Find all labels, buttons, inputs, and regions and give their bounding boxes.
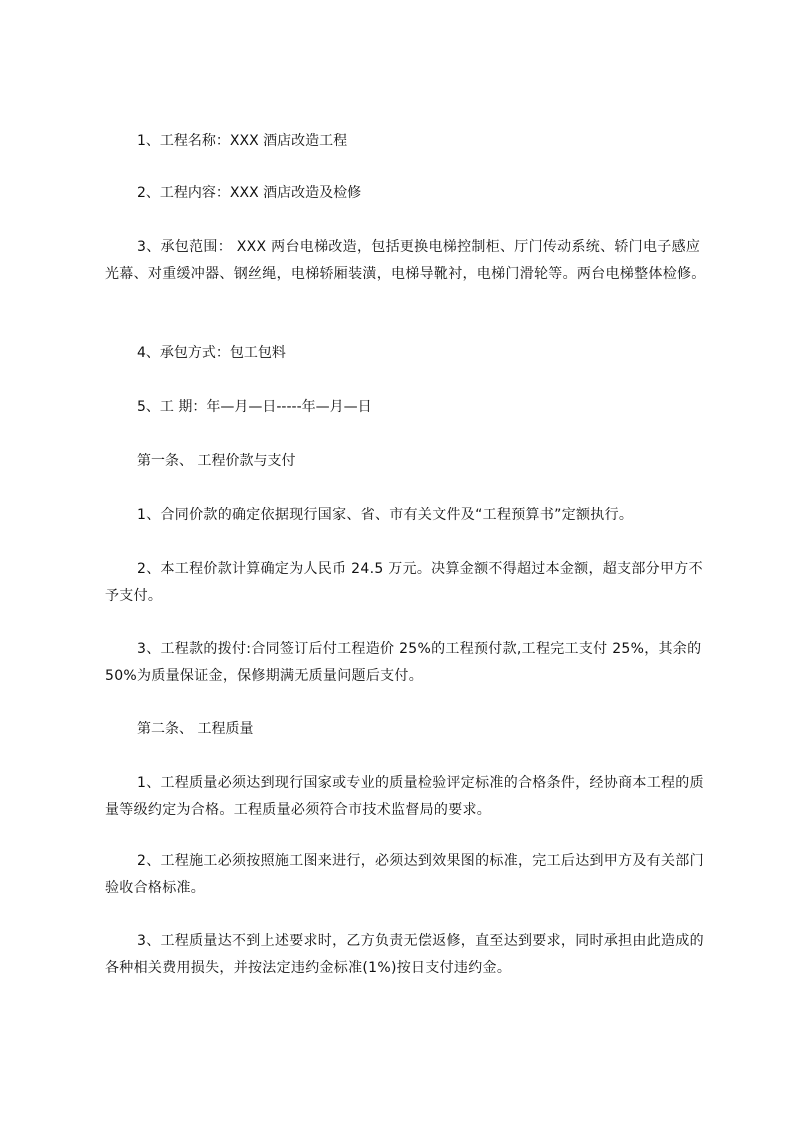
article1-title: 第一条、 工程价款与支付 — [137, 448, 295, 475]
item-project-content: 2、工程内容：XXX 酒店改造及检修 — [137, 180, 361, 207]
article1-clause-3: 3、工程款的拨付:合同签订后付工程造价 25%的工程预付款,工程完工支付 25%… — [105, 636, 711, 690]
item-contract-method: 4、承包方式：包工包料 — [137, 340, 286, 367]
article2-clause-2: 2、工程施工必须按照施工图来进行，必须达到效果图的标准，完工后达到甲方及有关部门… — [105, 848, 711, 902]
article2-clause-3: 3、工程质量达不到上述要求时，乙方负责无偿返修，直至达到要求，同时承担由此造成的… — [105, 928, 711, 982]
item-contract-scope: 3、承包范围： XXX 两台电梯改造，包括更换电梯控制柜、厅门传动系统、轿门电子… — [105, 234, 711, 288]
article1-clause-2: 2、本工程价款计算确定为人民币 24.5 万元。决算金额不得超过本金额，超支部分… — [105, 556, 711, 610]
article1-clause-1: 1、合同价款的确定依据现行国家、省、市有关文件及“工程预算书”定额执行。 — [105, 502, 711, 529]
document-page: 1、工程名称：XXX 酒店改造工程 2、工程内容：XXX 酒店改造及检修 3、承… — [0, 0, 793, 1122]
item-project-name: 1、工程名称：XXX 酒店改造工程 — [137, 128, 347, 155]
article2-title: 第二条、 工程质量 — [137, 716, 253, 743]
article2-clause-1: 1、工程质量必须达到现行国家或专业的质量检验评定标准的合格条件，经协商本工程的质… — [105, 770, 711, 824]
item-duration: 5、工 期：年—月—日-----年—月—日 — [137, 394, 372, 421]
